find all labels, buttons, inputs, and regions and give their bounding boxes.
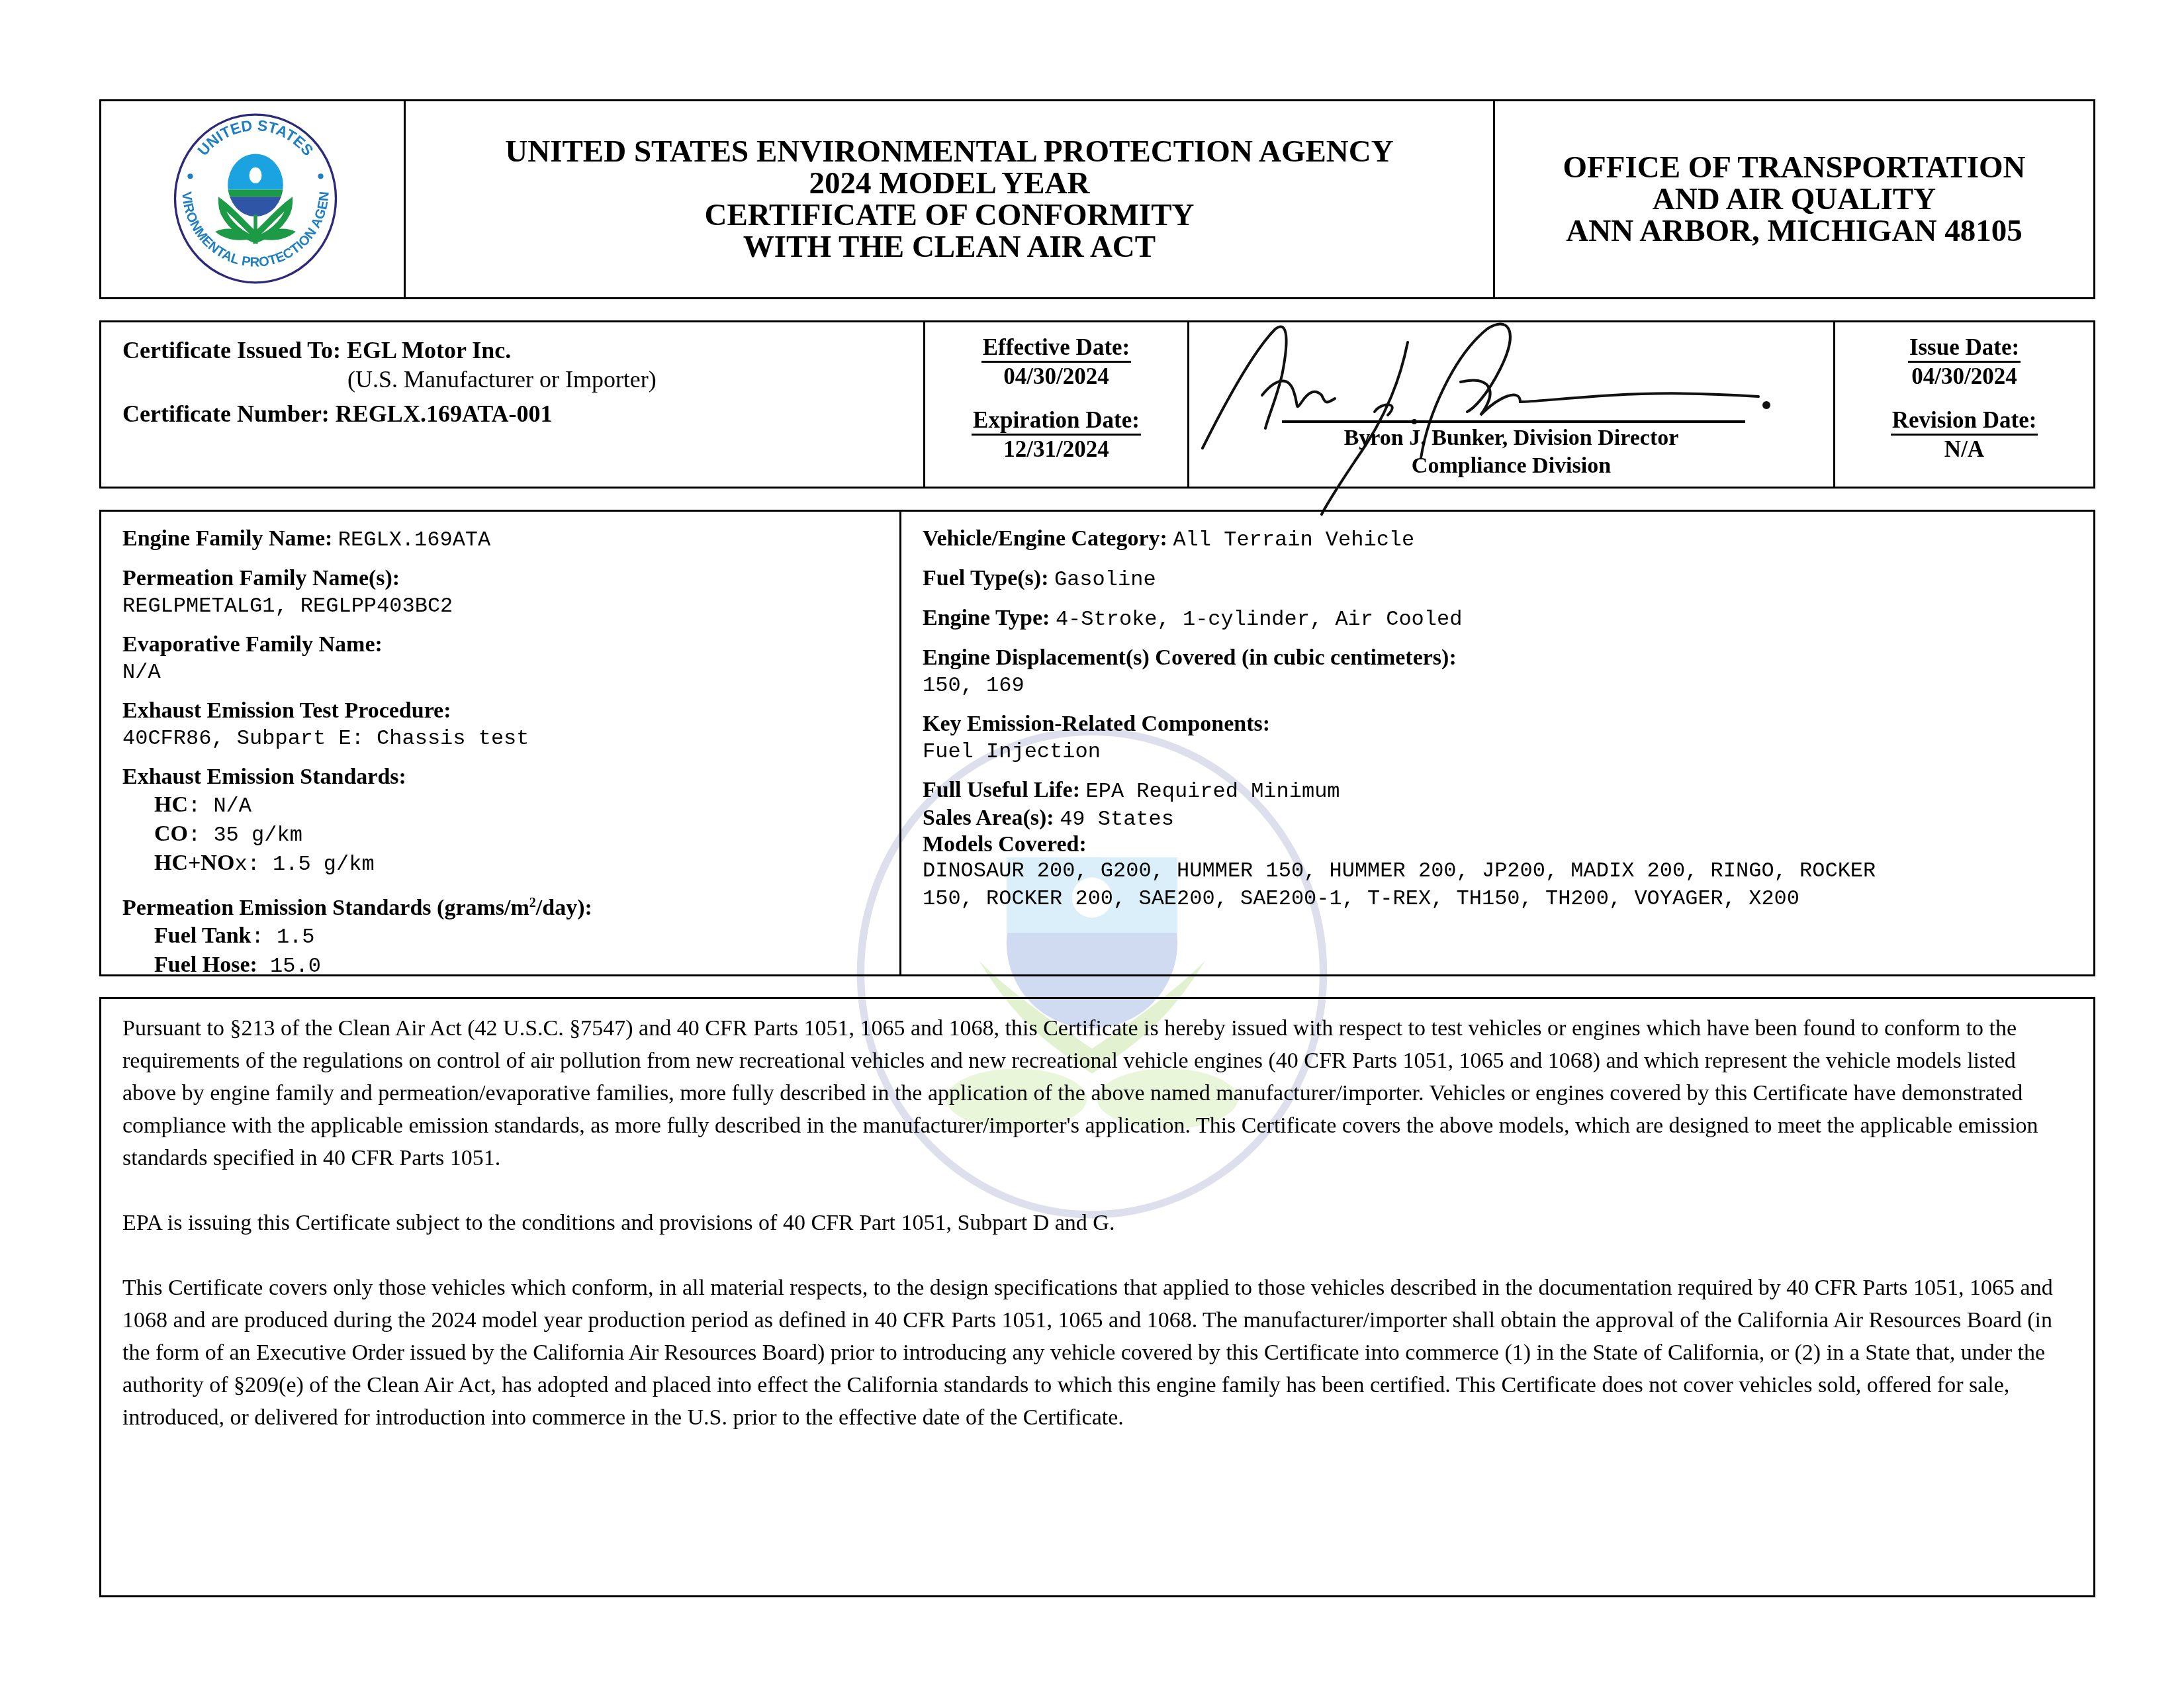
models-line: 150, ROCKER 200, SAE200, SAE200-1, T-REX…	[923, 885, 2093, 913]
issue-dates-cell: Issue Date: 04/30/2024 Revision Date: N/…	[1833, 322, 2093, 487]
title-line: WITH THE CLEAN AIR ACT	[505, 231, 1393, 263]
issued-to: Certificate Issued To: EGL Motor Inc.	[122, 336, 923, 365]
office-line: OFFICE OF TRANSPORTATION	[1563, 152, 2025, 183]
engine-info-left: Engine Family Name: REGLX.169ATA Permeat…	[101, 512, 899, 974]
signatory-name: Byron J. Bunker, Division Director	[1189, 426, 1833, 451]
signatory-division: Compliance Division	[1189, 453, 1833, 479]
useful-life-value: EPA Required Minimum	[1085, 779, 1340, 804]
permeation-family-value: REGLPMETALG1, REGLPP403BC2	[122, 592, 899, 620]
standard-hc: HC: N/A	[122, 791, 899, 820]
certificate-title: UNITED STATES ENVIRONMENTAL PROTECTION A…	[505, 136, 1393, 263]
standard-fuel-tank: Fuel Tank: 1.5	[122, 922, 899, 951]
logo-cell: UNITED STATES ENVIRONMENTAL PROTECTION A…	[101, 101, 404, 297]
useful-life: Full Useful Life: EPA Required Minimum	[923, 776, 2093, 806]
body-paragraph: EPA is issuing this Certificate subject …	[122, 1207, 2072, 1239]
standard-sep: :	[188, 794, 213, 818]
standard-sep: :	[188, 823, 213, 847]
issue-date-value: 04/30/2024	[1835, 363, 2093, 391]
evaporative-family-value: N/A	[122, 659, 899, 686]
test-procedure-value: 40CFR86, Subpart E: Chassis test	[122, 725, 899, 753]
issue-date-label: Issue Date:	[1908, 334, 2021, 363]
exhaust-standards-label: Exhaust Emission Standards:	[122, 763, 899, 791]
displacement-label: Engine Displacement(s) Covered (in cubic…	[923, 644, 2093, 672]
perm-label-end: /day):	[536, 896, 592, 920]
evaporative-family-label: Evaporative Family Name:	[122, 631, 899, 659]
sales-area: Sales Area(s): 49 States	[923, 806, 2093, 832]
engine-info-right: Vehicle/Engine Category: All Terrain Veh…	[899, 512, 2093, 974]
body-paragraph: This Certificate covers only those vehic…	[122, 1272, 2072, 1434]
fuel-type-value: Gasoline	[1054, 567, 1156, 592]
engine-type: Engine Type: 4-Stroke, 1-cylinder, Air C…	[923, 604, 2093, 633]
engine-info-box: Engine Family Name: REGLX.169ATA Permeat…	[99, 510, 2095, 976]
body-paragraph: Pursuant to §213 of the Clean Air Act (4…	[122, 1012, 2072, 1174]
signature-cell: Byron J. Bunker, Division Director Compl…	[1187, 322, 1833, 487]
standard-value: 15.0	[270, 954, 321, 978]
office-cell: OFFICE OF TRANSPORTATION AND AIR QUALITY…	[1493, 101, 2093, 297]
effective-date-value: 04/30/2024	[925, 363, 1187, 391]
standard-label: Fuel Hose:	[154, 953, 257, 977]
vehicle-category: Vehicle/Engine Category: All Terrain Veh…	[923, 525, 2093, 554]
engine-type-label: Engine Type:	[923, 606, 1050, 630]
epa-seal-icon: UNITED STATES ENVIRONMENTAL PROTECTION A…	[166, 109, 345, 288]
useful-life-label: Full Useful Life:	[923, 778, 1080, 802]
perm-label-text: Permeation Emission Standards (grams/m	[122, 896, 529, 920]
office-line: AND AIR QUALITY	[1563, 183, 2025, 215]
standard-label: CO	[154, 821, 188, 846]
standard-value: 1.5 g/km	[273, 852, 375, 876]
standard-value: 1.5	[277, 925, 315, 949]
standard-fuel-hose: Fuel Hose: 15.0	[122, 951, 899, 980]
revision-date-value: N/A	[1835, 436, 2093, 463]
signature-line	[1282, 420, 1745, 423]
title-line: 2024 MODEL YEAR	[505, 167, 1393, 199]
standard-hc-nox: HC+NOx: 1.5 g/km	[122, 849, 899, 878]
engine-family: Engine Family Name: REGLX.169ATA	[122, 525, 899, 554]
issued-to-label: Certificate Issued To:	[122, 337, 341, 363]
issued-to-note: (U.S. Manufacturer or Importer)	[122, 365, 923, 394]
standard-value: 35 g/km	[213, 823, 302, 847]
components-value: Fuel Injection	[923, 738, 2093, 766]
permeation-standards-label: Permeation Emission Standards (grams/m2/…	[122, 889, 899, 922]
expiration-date-label: Expiration Date:	[972, 407, 1141, 436]
standard-sep: :	[251, 925, 276, 949]
issuance-box: Certificate Issued To: EGL Motor Inc. (U…	[99, 320, 2095, 489]
components-label: Key Emission-Related Components:	[923, 710, 2093, 738]
engine-family-label: Engine Family Name:	[122, 526, 332, 551]
office-address: OFFICE OF TRANSPORTATION AND AIR QUALITY…	[1563, 152, 2025, 247]
models-label: Models Covered:	[923, 832, 2093, 857]
effective-date: Effective Date: 04/30/2024	[925, 334, 1187, 391]
revision-date-label: Revision Date:	[1891, 407, 2038, 436]
certificate-header: UNITED STATES ENVIRONMENTAL PROTECTION A…	[99, 99, 2095, 299]
standard-label: HC+NO	[154, 851, 234, 875]
perm-label-sup: 2	[529, 896, 536, 910]
permeation-family-label: Permeation Family Name(s):	[122, 565, 899, 592]
category-value: All Terrain Vehicle	[1173, 528, 1414, 552]
standard-sep	[257, 954, 270, 978]
fuel-type: Fuel Type(s): Gasoline	[923, 565, 2093, 594]
standard-value: N/A	[213, 794, 251, 818]
test-procedure-label: Exhaust Emission Test Procedure:	[122, 697, 899, 725]
certificate-number-value: REGLX.169ATA-001	[336, 400, 553, 427]
issued-to-value: EGL Motor Inc.	[347, 337, 511, 363]
standard-label: HC	[154, 792, 188, 817]
title-cell: UNITED STATES ENVIRONMENTAL PROTECTION A…	[404, 101, 1493, 297]
fuel-type-label: Fuel Type(s):	[923, 566, 1048, 590]
standard-sep: :	[248, 852, 273, 876]
revision-date: Revision Date: N/A	[1835, 407, 2093, 463]
sales-area-value: 49 States	[1060, 807, 1174, 831]
effective-date-label: Effective Date:	[981, 334, 1132, 363]
standard-co: CO: 35 g/km	[122, 820, 899, 849]
office-line: ANN ARBOR, MICHIGAN 48105	[1563, 215, 2025, 247]
certificate-body: Pursuant to §213 of the Clean Air Act (4…	[99, 997, 2095, 1597]
certificate-number: Certificate Number: REGLX.169ATA-001	[122, 399, 923, 428]
models-line: DINOSAUR 200, G200, HUMMER 150, HUMMER 2…	[923, 857, 2093, 885]
dates-cell: Effective Date: 04/30/2024 Expiration Da…	[923, 322, 1187, 487]
category-label: Vehicle/Engine Category:	[923, 526, 1167, 551]
engine-family-value: REGLX.169ATA	[338, 528, 490, 552]
issue-date: Issue Date: 04/30/2024	[1835, 334, 2093, 391]
standard-label: Fuel Tank	[154, 923, 251, 948]
certificate-number-label: Certificate Number:	[122, 400, 330, 427]
expiration-date: Expiration Date: 12/31/2024	[925, 407, 1187, 463]
issued-to-cell: Certificate Issued To: EGL Motor Inc. (U…	[101, 322, 923, 487]
title-line: UNITED STATES ENVIRONMENTAL PROTECTION A…	[505, 136, 1393, 167]
engine-type-value: 4-Stroke, 1-cylinder, Air Cooled	[1056, 607, 1463, 632]
title-line: CERTIFICATE OF CONFORMITY	[505, 199, 1393, 231]
expiration-date-value: 12/31/2024	[925, 436, 1187, 463]
displacement-value: 150, 169	[923, 672, 2093, 700]
standard-label-suffix: x	[234, 852, 247, 876]
sales-area-label: Sales Area(s):	[923, 806, 1054, 830]
